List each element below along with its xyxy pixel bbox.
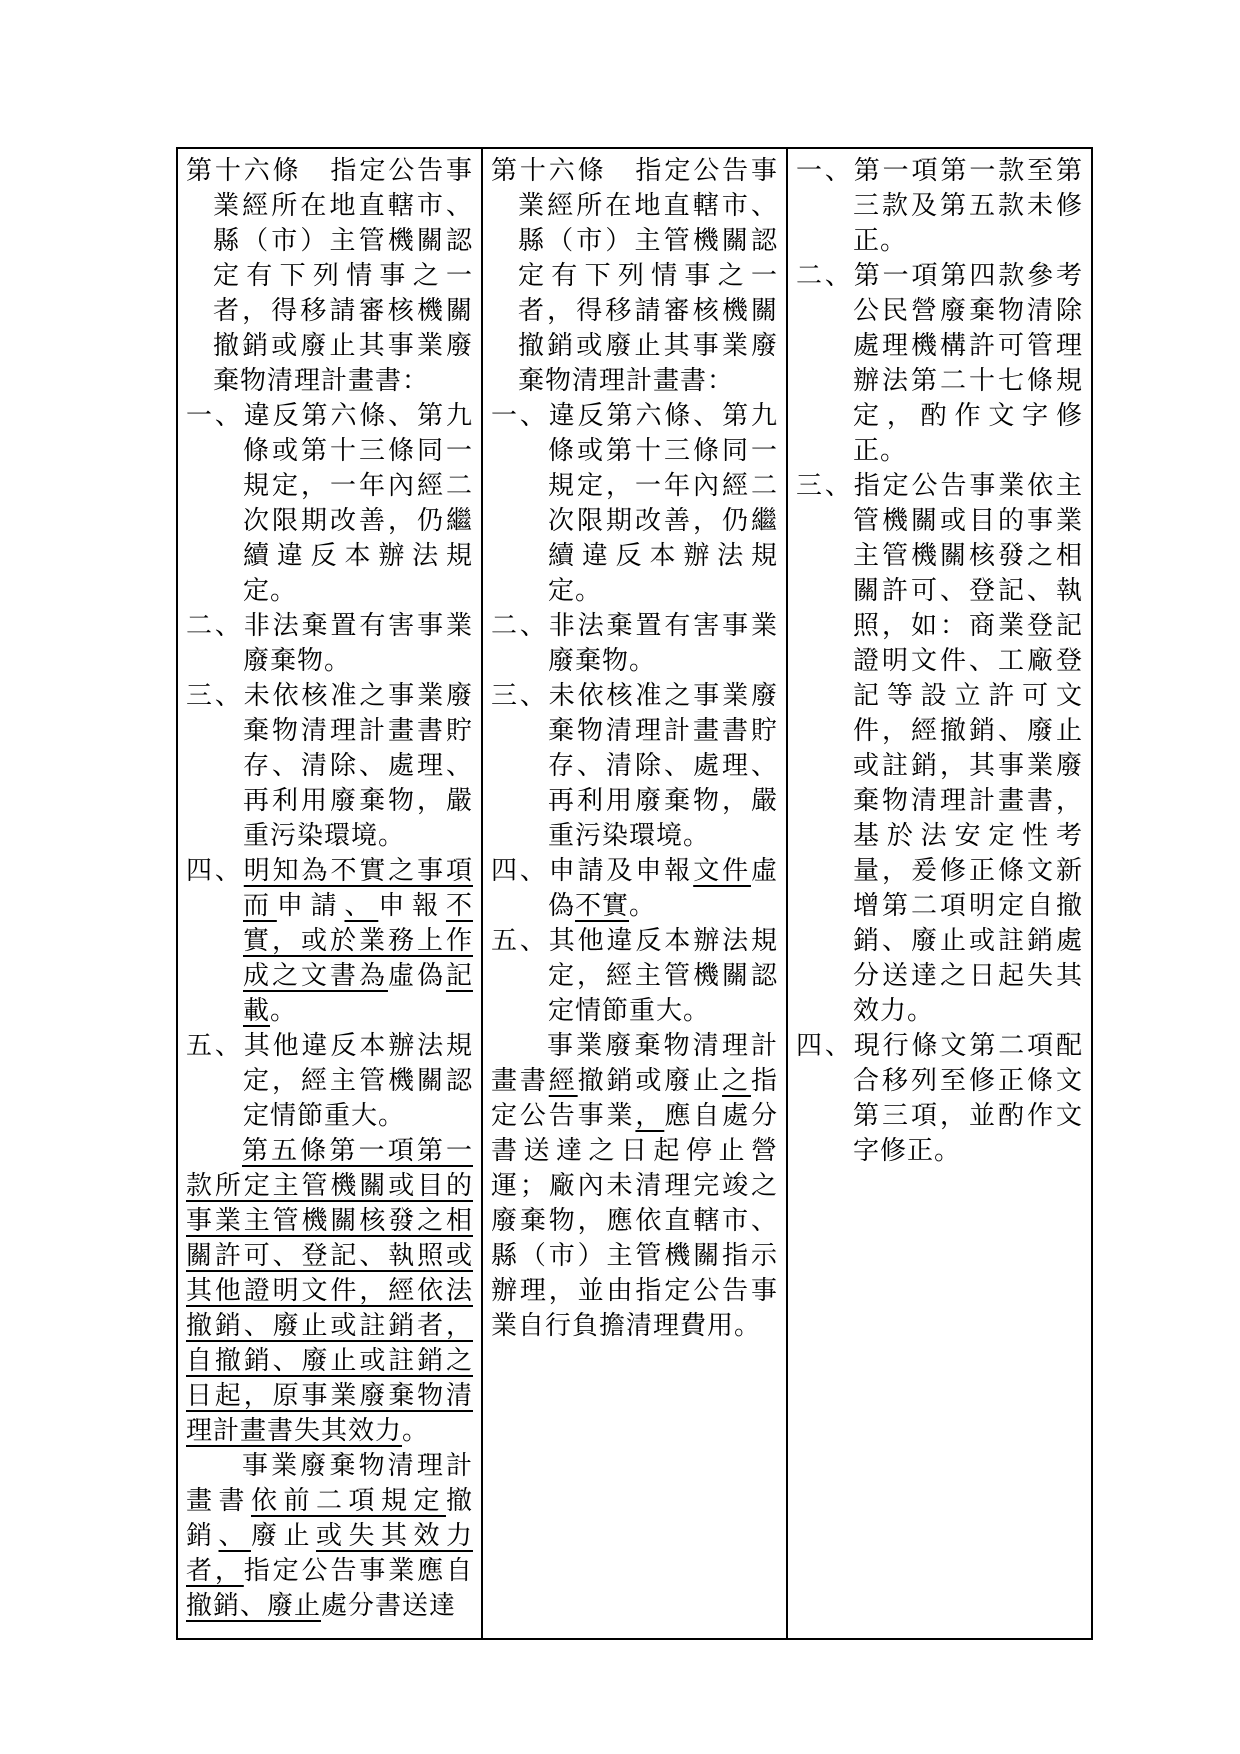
text-run: 廢止: [251, 1521, 316, 1551]
item-number: 一、: [186, 401, 244, 431]
item-number: 五、: [491, 926, 549, 956]
text-run: 現行條文第二項配合移列至修正條文第三項，並酌作文字修正。: [853, 1031, 1083, 1166]
text-run: 違反第六條、第九條或第十三條同一規定，一年內經二次限期改善，仍繼續違反本辦法規定…: [243, 401, 473, 606]
article-paragraph: 第十六條 指定公告事業經所在地直轄市、縣（市）主管機關認定有下列情事之一者，得移…: [186, 154, 473, 399]
article-paragraph: 第十六條 指定公告事業經所在地直轄市、縣（市）主管機關認定有下列情事之一者，得移…: [491, 154, 778, 399]
underlined-text-run: ，: [635, 1101, 664, 1131]
list-item: 三、未依核准之事業廢棄物清理計畫書貯存、清除、處理、再利用廢棄物，嚴重污染環境。: [491, 679, 778, 854]
text-run: 第十六條 指定公告事業經所在地直轄市、縣（市）主管機關認定有下列情事之一者，得移…: [186, 156, 473, 396]
text-run: 。: [629, 891, 656, 921]
list-item: 三、指定公告事業依主管機關或目的事業主管機關核發之相關許可、登記、執照，如：商業…: [796, 469, 1083, 1029]
list-item: 三、未依核准之事業廢棄物清理計畫書貯存、清除、處理、再利用廢棄物，嚴重污染環境。: [186, 679, 473, 854]
underlined-text-run: 依前二項規定: [251, 1486, 446, 1516]
item-number: 一、: [491, 401, 549, 431]
paragraph: 事業廢棄物清理計畫書經撤銷或廢止之指定公告事業，應自處分書送達之日起停止營運；廠…: [491, 1029, 778, 1344]
text-run: 其他違反本辦法規定，經主管機關認定情節重大。: [243, 1031, 473, 1131]
underlined-text-run: 撤銷、廢止: [186, 1591, 321, 1621]
list-item: 一、第一項第一款至第三款及第五款未修正。: [796, 154, 1083, 259]
text-run: 指定公告事業應自: [244, 1556, 473, 1586]
item-number: 四、: [491, 856, 549, 886]
list-item: 二、第一項第四款參考公民營廢棄物清除處理機構許可管理辦法第二十七條規定，酌作文字…: [796, 259, 1083, 469]
list-item: 一、違反第六條、第九條或第十三條同一規定，一年內經二次限期改善，仍繼續違反本辦法…: [491, 399, 778, 609]
document-page: 第十六條 指定公告事業經所在地直轄市、縣（市）主管機關認定有下列情事之一者，得移…: [0, 0, 1240, 1754]
underlined-text-run: 之: [722, 1066, 751, 1096]
underlined-text-run: 文件: [693, 856, 751, 886]
text-run: 虛偽: [388, 961, 446, 991]
item-number: 五、: [186, 1031, 244, 1061]
list-item: 二、非法棄置有害事業廢棄物。: [186, 609, 473, 679]
item-number: 三、: [491, 681, 549, 711]
underlined-text-run: 、: [219, 1521, 252, 1551]
underlined-text-run: 、: [344, 891, 378, 921]
text-run: 撤銷或廢止: [578, 1066, 722, 1096]
underlined-text-run: 經: [549, 1066, 578, 1096]
text-run: 其他違反本辦法規定，經主管機關認定情節重大。: [548, 926, 778, 1026]
list-item: 一、違反第六條、第九條或第十三條同一規定，一年內經二次限期改善，仍繼續違反本辦法…: [186, 399, 473, 609]
item-number: 二、: [186, 611, 244, 641]
text-run: 非法棄置有害事業廢棄物。: [548, 611, 778, 676]
text-run: 申報: [378, 891, 446, 921]
item-number: 四、: [186, 856, 244, 886]
list-item: 四、申請及申報文件虛偽不實。: [491, 854, 778, 924]
list-item: 四、現行條文第二項配合移列至修正條文第三項，並酌作文字修正。: [796, 1029, 1083, 1169]
underlined-text-run: 第五條第一項第一款所定主管機關或目的事業主管機關核發之相關許可、登記、執照或其他…: [186, 1136, 473, 1446]
text-run: 違反第六條、第九條或第十三條同一規定，一年內經二次限期改善，仍繼續違反本辦法規定…: [548, 401, 778, 606]
list-item: 二、非法棄置有害事業廢棄物。: [491, 609, 778, 679]
current-text-column: 第十六條 指定公告事業經所在地直轄市、縣（市）主管機關認定有下列情事之一者，得移…: [481, 149, 786, 1638]
item-number: 二、: [491, 611, 549, 641]
text-run: 第一項第一款至第三款及第五款未修正。: [853, 156, 1083, 256]
text-run: 第十六條 指定公告事業經所在地直轄市、縣（市）主管機關認定有下列情事之一者，得移…: [491, 156, 778, 396]
item-number: 三、: [796, 471, 854, 501]
item-number: 二、: [796, 261, 854, 291]
paragraph: 事業廢棄物清理計畫書依前二項規定撤銷、廢止或失其效力者，指定公告事業應自撤銷、廢…: [186, 1449, 473, 1624]
comparison-table: 第十六條 指定公告事業經所在地直轄市、縣（市）主管機關認定有下列情事之一者，得移…: [176, 147, 1093, 1640]
text-run: 處分書送達: [321, 1591, 456, 1621]
item-number: 四、: [796, 1031, 854, 1061]
text-run: 。: [270, 996, 297, 1026]
item-number: 一、: [796, 156, 854, 186]
list-item: 四、明知為不實之事項而申請、申報不實，或於業務上作成之文書為虛偽記載。: [186, 854, 473, 1029]
text-run: 未依核准之事業廢棄物清理計畫書貯存、清除、處理、再利用廢棄物，嚴重污染環境。: [243, 681, 473, 851]
paragraph: 第五條第一項第一款所定主管機關或目的事業主管機關核發之相關許可、登記、執照或其他…: [186, 1134, 473, 1449]
text-run: 未依核准之事業廢棄物清理計畫書貯存、清除、處理、再利用廢棄物，嚴重污染環境。: [548, 681, 778, 851]
text-run: 非法棄置有害事業廢棄物。: [243, 611, 473, 676]
item-number: 三、: [186, 681, 244, 711]
text-run: 第一項第四款參考公民營廢棄物清除處理機構許可管理辦法第二十七條規定，酌作文字修正…: [853, 261, 1083, 466]
text-run: 申請及申報: [549, 856, 693, 886]
text-run: 應自處分書送達之日起停止營運；廠內未清理完竣之廢棄物，應依直轄市、縣（市）主管機…: [491, 1101, 778, 1341]
text-run: 。: [402, 1416, 429, 1446]
text-run: 申請: [277, 891, 345, 921]
text-run: 指定公告事業依主管機關或目的事業主管機關核發之相關許可、登記、執照，如：商業登記…: [853, 471, 1083, 1026]
underlined-text-run: 不實: [575, 891, 629, 921]
list-item: 五、其他違反本辦法規定，經主管機關認定情節重大。: [491, 924, 778, 1029]
list-item: 五、其他違反本辦法規定，經主管機關認定情節重大。: [186, 1029, 473, 1134]
amended-text-column: 第十六條 指定公告事業經所在地直轄市、縣（市）主管機關認定有下列情事之一者，得移…: [178, 149, 481, 1638]
explanation-column: 一、第一項第一款至第三款及第五款未修正。二、第一項第四款參考公民營廢棄物清除處理…: [786, 149, 1091, 1638]
